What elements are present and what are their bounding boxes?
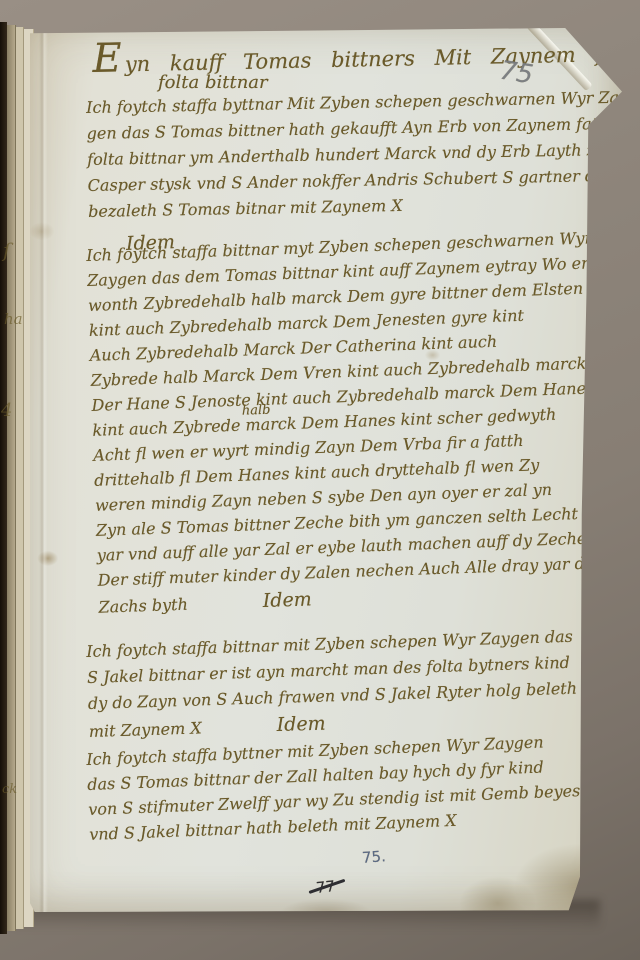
gutter-ink-bleed: ck	[2, 782, 17, 797]
interlinear-insertion: halb	[242, 403, 271, 419]
gutter-ink-bleed: ha	[4, 310, 23, 328]
entry-paragraph: Ich foytch staffa byttner mit Zyben sche…	[86, 729, 629, 850]
gutter-ink-bleed: ſ	[3, 238, 10, 262]
crossed-out-folio-number: 77	[315, 877, 336, 897]
entry-paragraph: Ich foytch staffa bittnar myt Zyben sche…	[86, 227, 639, 621]
handwritten-text-layer: Eyn kauff Tomas bittners Mit Zaynem fate…	[30, 28, 622, 912]
blue-folio-number: 75.	[361, 847, 386, 867]
manuscript-line-text: mit Zaynem X	[89, 718, 202, 741]
book-binding-edge	[0, 22, 7, 934]
entry-paragraph: Ich foytch staffa bittnar mit Zyben sche…	[86, 625, 629, 746]
page-edge-stack	[16, 27, 24, 929]
idem-heading: Idem	[262, 588, 312, 612]
entry-paragraph: Ich foytch staffa byttnar Mit Zyben sche…	[86, 88, 628, 228]
manuscript-page: Eyn kauff Tomas bittners Mit Zaynem fate…	[30, 28, 622, 912]
manuscript-photo: ſ ha 4 ck Eyn kauff Tomas bittners Mit Z…	[0, 0, 640, 960]
entry-subtitle: folta bittnar	[158, 72, 268, 93]
manuscript-line-text: Zachs byth	[98, 595, 188, 617]
gutter-ink-bleed: 4	[1, 400, 12, 421]
pencil-folio-number: 75	[498, 56, 535, 91]
idem-heading: Idem	[276, 713, 326, 737]
